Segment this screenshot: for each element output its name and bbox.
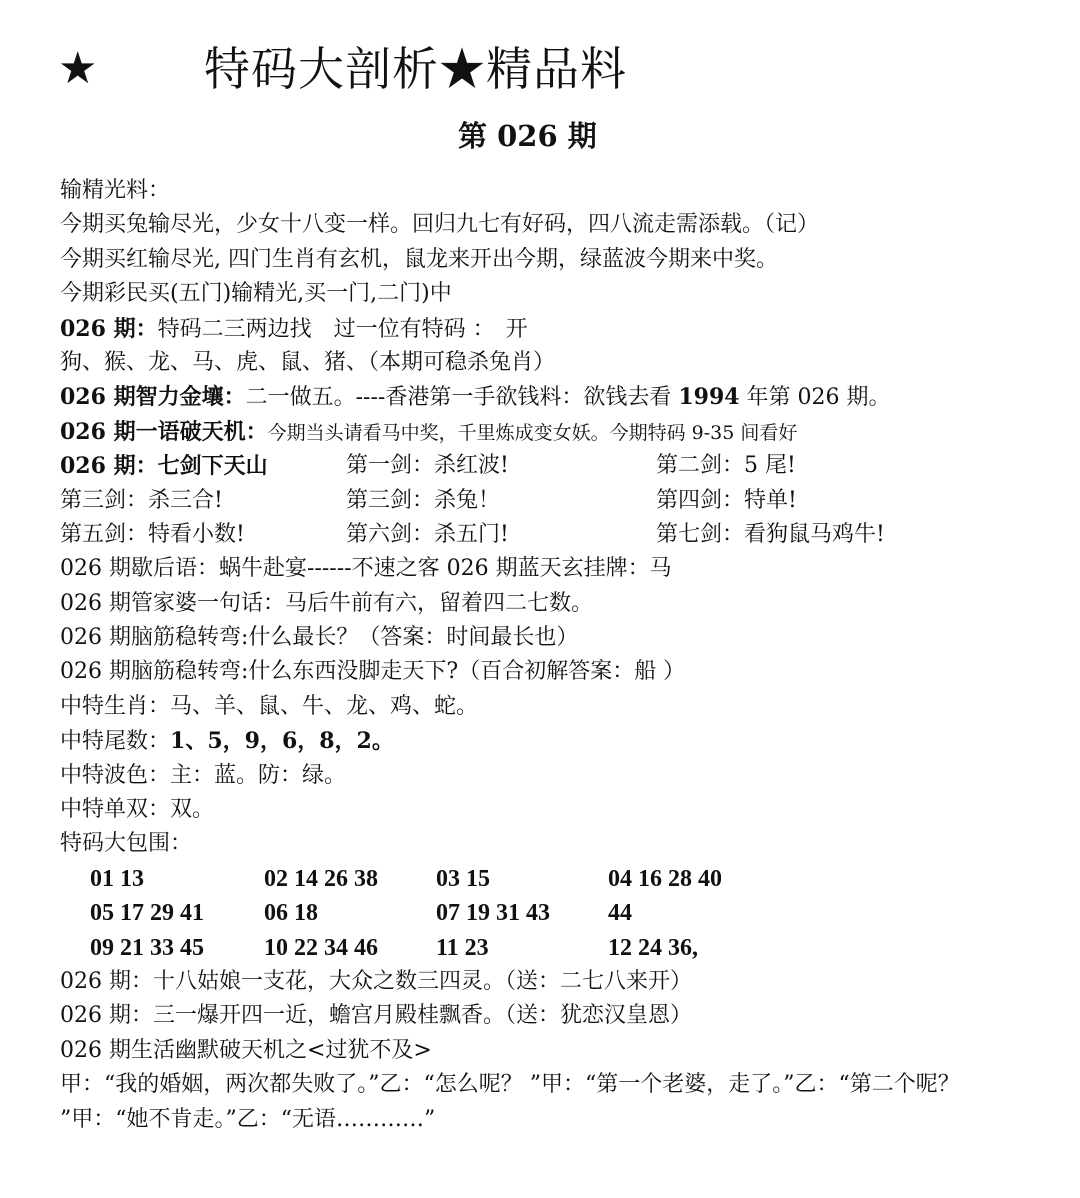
swords-cell: 第二剑：5 尾! <box>656 449 1060 483</box>
joke-dialogue: 甲：“我的婚姻，两次都失败了。”乙：“怎么呢？ ”甲：“第一个老婆，走了。”乙：… <box>60 1068 1050 1137</box>
swords-cell: 第一剑：杀红波! <box>346 449 656 483</box>
document-title-row: ★ 特码大剖析★精品料 <box>58 38 758 104</box>
one-phrase-line: 026 期一语破天机：今期当头请看马中奖，千里炼成变女妖。今期特码 9-35 间… <box>60 415 1060 449</box>
swords-cell: 第三剑：杀三合! <box>60 484 346 518</box>
poem-line: 026 期：三一爆开四一近，蟾宫月殿桂飘香。（送：犹恋汉皇恩） <box>60 999 1060 1033</box>
number-group: 10 22 34 46 <box>264 931 436 965</box>
number-group: 09 21 33 45 <box>90 931 264 965</box>
swords-cell: 第三剑：杀兔！ <box>346 484 656 518</box>
number-group: 05 17 29 41 <box>90 896 264 930</box>
swords-cell: 026 期：七剑下天山 <box>60 449 346 483</box>
number-group: 02 14 26 38 <box>264 862 436 896</box>
number-grid-row-1: 01 13 02 14 26 38 03 15 04 16 28 40 <box>60 862 1060 896</box>
tail-summary: 中特尾数：1、5，9，6，8，2。 <box>60 724 1060 758</box>
intro-line-1: 今期买兔输尽光，少女十八变一样。回归九七有好码，四八流走需添载。（记） <box>60 208 1060 242</box>
swords-cell: 第六剑：杀五门! <box>346 518 656 552</box>
riddle-line: 026 期脑筋稳转弯:什么最长？（答案：时间最长也） <box>60 621 1060 655</box>
intro-line-2: 今期买红输尽光, 四门生肖有玄机，鼠龙来开出今期，绿蓝波今期来中奖。 <box>60 243 1060 277</box>
swords-cell: 第五剑：特看小数! <box>60 518 346 552</box>
swords-row-1: 026 期：七剑下天山 第一剑：杀红波! 第二剑：5 尾! <box>60 449 1060 483</box>
issue-number: 第 026 期 <box>458 118 597 154</box>
document-body: 输精光料： 今期买兔输尽光，少女十八变一样。回归九七有好码，四八流走需添载。（记… <box>60 174 1060 1137</box>
swords-row-2: 第三剑：杀三合! 第三剑：杀兔！ 第四剑：特单! <box>60 484 1060 518</box>
number-group: 03 15 <box>436 862 608 896</box>
number-group: 07 19 31 43 <box>436 896 608 930</box>
number-group: 04 16 28 40 <box>608 862 808 896</box>
one-phrase-prefix: 026 期一语破天机： <box>60 419 268 445</box>
riddle-line: 026 期歇后语：蜗牛赴宴------不速之客 026 期蓝天玄挂牌：马 <box>60 552 1060 586</box>
numbers-heading: 特码大包围： <box>60 827 1060 861</box>
swords-cell: 第七剑：看狗鼠马鸡牛! <box>656 518 1060 552</box>
poem-line: 026 期：十八姑娘一支花，大众之数三四灵。（送：二七八来开） <box>60 965 1060 999</box>
number-group: 12 24 36, <box>608 931 808 965</box>
tail-label: 中特尾数： <box>60 729 170 754</box>
star-icon: ★ <box>58 44 97 94</box>
number-group: 44 <box>608 896 808 930</box>
number-grid-row-3: 09 21 33 45 10 22 34 46 11 23 12 24 36, <box>60 931 1060 965</box>
wisdom-year: 1994 <box>678 384 739 410</box>
one-phrase-text: 今期当头请看马中奖，千里炼成变女妖。今期特码 9-35 间看好 <box>268 422 798 444</box>
special-code-line: 026 期：特码二三两边找 过一位有特码 ： 开 <box>60 312 1060 346</box>
special-code-prefix: 026 期： <box>60 316 158 342</box>
zodiac-summary: 中特生肖：马、羊、鼠、牛、龙、鸡、蛇。 <box>60 690 1060 724</box>
wisdom-tail: 年第 026 期。 <box>740 385 891 410</box>
intro-heading: 输精光料： <box>60 174 1060 208</box>
wave-summary: 中特波色：主：蓝。防：绿。 <box>60 759 1060 793</box>
zodiac-list-line: 狗、猴、龙、马、虎、鼠、猪、（本期可稳杀兔肖） <box>60 346 1060 380</box>
document-title: 特码大剖析★精品料 <box>204 38 627 100</box>
riddle-line: 026 期脑筋稳转弯:什么东西没脚走天下?（百合初解答案：船 ） <box>60 655 1060 689</box>
riddle-line: 026 期管家婆一句话：马后牛前有六，留着四二七数。 <box>60 587 1060 621</box>
number-group: 01 13 <box>90 862 264 896</box>
odd-even-summary: 中特单双：双。 <box>60 793 1060 827</box>
number-group: 11 23 <box>436 931 608 965</box>
tail-values: 1、5，9，6，8，2。 <box>170 728 394 754</box>
wisdom-prefix: 026 期智力金壤： <box>60 384 246 410</box>
swords-row-3: 第五剑：特看小数! 第六剑：杀五门! 第七剑：看狗鼠马鸡牛! <box>60 518 1060 552</box>
wisdom-line: 026 期智力金壤：二一做五。----香港第一手欲钱料：欲钱去看 1994 年第… <box>60 380 1060 414</box>
number-group: 06 18 <box>264 896 436 930</box>
wisdom-text: 二一做五。----香港第一手欲钱料：欲钱去看 <box>246 385 679 410</box>
humor-heading: 026 期生活幽默破天机之<过犹不及> <box>60 1034 1060 1068</box>
intro-line-3: 今期彩民买(五门)输精光,买一门,二门)中 <box>60 277 1060 311</box>
swords-cell: 第四剑：特单! <box>656 484 1060 518</box>
special-code-text: 特码二三两边找 过一位有特码 ： 开 <box>158 317 528 342</box>
number-grid-row-2: 05 17 29 41 06 18 07 19 31 43 44 <box>60 896 1060 930</box>
